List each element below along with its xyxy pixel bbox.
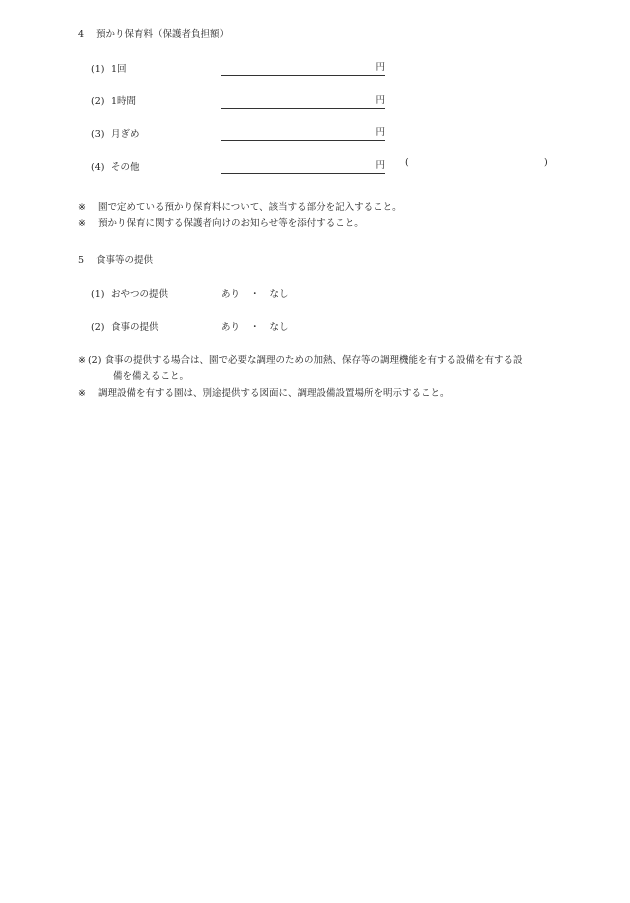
option-no[interactable]: なし (270, 289, 289, 300)
section-title: 食事等の提供 (96, 255, 153, 266)
item-label: 月ぎめ (111, 129, 140, 140)
note-cooking-facility-cont: 備を備えること。 (113, 368, 189, 382)
yen-unit: 円 (375, 92, 385, 106)
snack-choice: あり・なし (221, 286, 299, 300)
fee-input-3[interactable]: 円 (221, 126, 385, 141)
meal-choice: あり・なし (221, 319, 299, 333)
section-5-heading: 5食事等の提供 (78, 252, 153, 266)
note-text: 調理設備を有する園は、別途提供する図面に、調理設備設置場所を明示すること。 (98, 388, 450, 399)
item-label: 1回 (111, 64, 127, 75)
note-mark: ※ (78, 218, 98, 229)
note-mark: ※ (78, 202, 98, 213)
section-4-heading: 4預かり保育料（保護者負担額） (78, 26, 229, 40)
section-number: 5 (78, 255, 96, 266)
note-mark: ※ (78, 388, 98, 399)
option-yes[interactable]: あり (221, 322, 240, 333)
fee-item-label-3: (3)月ぎめ (91, 126, 140, 140)
fee-input-4[interactable]: 円 (221, 159, 385, 174)
section-number: 4 (78, 29, 96, 40)
option-no[interactable]: なし (270, 322, 289, 333)
option-separator: ・ (250, 322, 260, 333)
note-attach-notice: ※預かり保育に関する保護者向けのお知らせ等を添付すること。 (78, 215, 364, 229)
note-text: 園で定めている預かり保育料について、該当する部分を記入すること。 (98, 202, 402, 213)
other-paren-close: ) (544, 157, 548, 168)
fee-item-label-1: (1)1回 (91, 61, 127, 75)
item-label: おやつの提供 (111, 289, 168, 300)
item-label: その他 (111, 162, 140, 173)
yen-unit: 円 (375, 157, 385, 171)
item-label: 1時間 (111, 96, 136, 107)
note-mark: ※ (78, 355, 86, 366)
item-number: (1) (91, 289, 111, 300)
note-cooking-facility: ※(2) 食事の提供する場合は、園で必要な調理のための加熱、保存等の調理機能を有… (78, 352, 522, 366)
option-separator: ・ (250, 289, 260, 300)
note-text: 預かり保育に関する保護者向けのお知らせ等を添付すること。 (98, 218, 364, 229)
note-drawing: ※調理設備を有する園は、別途提供する図面に、調理設備設置場所を明示すること。 (78, 385, 450, 399)
yen-unit: 円 (375, 124, 385, 138)
fee-item-label-2: (2)1時間 (91, 93, 136, 107)
fee-input-2[interactable]: 円 (221, 94, 385, 109)
meal-item-label-1: (1)おやつの提供 (91, 286, 168, 300)
note-fee-entry: ※園で定めている預かり保育料について、該当する部分を記入すること。 (78, 199, 402, 213)
item-number: (4) (91, 162, 111, 173)
item-number: (1) (91, 64, 111, 75)
yen-unit: 円 (375, 59, 385, 73)
other-paren-open: ( (405, 157, 409, 168)
fee-item-label-4: (4)その他 (91, 159, 140, 173)
item-number: (3) (91, 129, 111, 140)
item-label: 食事の提供 (111, 322, 159, 333)
other-description-input[interactable] (415, 155, 540, 171)
option-yes[interactable]: あり (221, 289, 240, 300)
meal-item-label-2: (2)食事の提供 (91, 319, 159, 333)
note-text-line1: (2) 食事の提供する場合は、園で必要な調理のための加熱、保存等の調理機能を有す… (88, 355, 522, 366)
item-number: (2) (91, 322, 111, 333)
fee-input-1[interactable]: 円 (221, 61, 385, 76)
section-title: 預かり保育料（保護者負担額） (96, 29, 229, 40)
item-number: (2) (91, 96, 111, 107)
